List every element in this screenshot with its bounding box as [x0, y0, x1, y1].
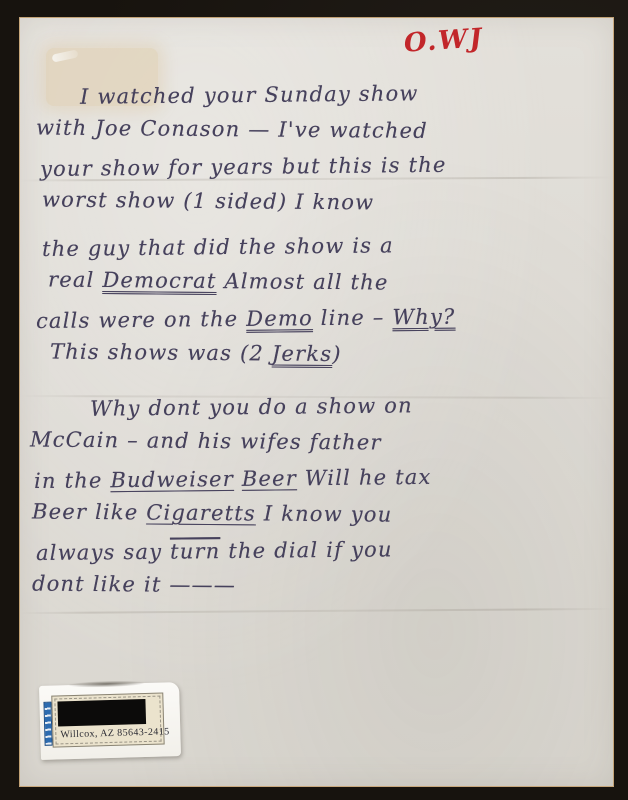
emphasized-word: Cigaretts — [146, 500, 256, 525]
handwriting-line: your show for years but this is the — [40, 145, 613, 187]
smudge-mark — [69, 680, 144, 688]
line-text: real — [48, 268, 103, 292]
red-ink-annotation: O.WJ — [403, 23, 485, 58]
line-text: Beer like — [32, 499, 146, 524]
emphasized-word: Demo — [246, 306, 313, 331]
line-text: worst show (1 sided) I know — [42, 188, 374, 215]
line-text: your show for years but this is the — [40, 153, 447, 181]
line-text: with Joe Conason — I've watched — [36, 115, 428, 142]
handwriting-line: McCain – and his wifes father — [30, 421, 613, 462]
address-city-line: Willcox, AZ 85643-2415 — [60, 726, 169, 740]
handwriting-line: with Joe Conason — I've watched — [36, 109, 613, 150]
line-text: the guy that did the show is a — [42, 233, 394, 261]
handwriting-line: always say turn the dial if you — [36, 529, 613, 571]
line-text: This shows was (2 — [50, 340, 272, 366]
handwriting-line: I watched your Sunday show — [80, 73, 613, 115]
emphasized-word: Budweiser — [110, 467, 234, 492]
line-text: Will he tax — [297, 465, 432, 490]
line-text: dont like it ——— — [32, 571, 236, 597]
line-text: Why dont you do a show on — [90, 393, 413, 420]
address-sticker: Willcox, AZ 85643-2415 — [39, 682, 181, 760]
handwriting-line: calls were on the Demo line – Why? — [36, 297, 613, 339]
handwritten-body: I watched your Sunday show with Joe Cona… — [20, 76, 613, 604]
emphasized-word: Beer — [242, 466, 297, 491]
redaction-bar — [57, 699, 146, 726]
line-text: the dial if you — [220, 537, 392, 563]
letter-page: O.WJ I watched your Sunday show with Joe… — [19, 17, 614, 787]
handwriting-line: Beer like Cigaretts I know you — [32, 493, 613, 534]
emphasized-word: Why? — [392, 305, 455, 330]
line-text: Almost all the — [216, 269, 388, 295]
handwriting-line: Why dont you do a show on — [90, 385, 613, 426]
line-text: ) — [332, 342, 342, 366]
handwriting-line: worst show (1 sided) I know — [42, 182, 613, 223]
handwriting-line: This shows was (2 Jerks) — [50, 334, 613, 375]
handwriting-line: in the Budweiser Beer Will he tax — [34, 457, 613, 499]
fold-crease — [20, 608, 613, 614]
handwriting-line: dont like it ——— — [32, 565, 613, 606]
emphasized-word: turn — [170, 539, 221, 564]
address-label: Willcox, AZ 85643-2415 — [51, 693, 164, 748]
handwriting-line: real Democrat Almost all the — [48, 262, 613, 303]
emphasized-word: Jerks — [272, 341, 333, 366]
line-text: line – — [313, 305, 393, 330]
line-text: McCain – and his wifes father — [30, 427, 382, 454]
line-text: calls were on the — [36, 307, 246, 333]
scanner-background: O.WJ I watched your Sunday show with Joe… — [0, 0, 628, 800]
handwriting-line: the guy that did the show is a — [42, 225, 613, 267]
emphasized-word: Democrat — [102, 268, 216, 293]
line-text: I watched your Sunday show — [80, 81, 419, 109]
line-text: I know you — [256, 501, 393, 526]
line-text: always say — [36, 540, 170, 565]
line-text: in the — [34, 468, 111, 493]
line-text — [234, 467, 242, 491]
